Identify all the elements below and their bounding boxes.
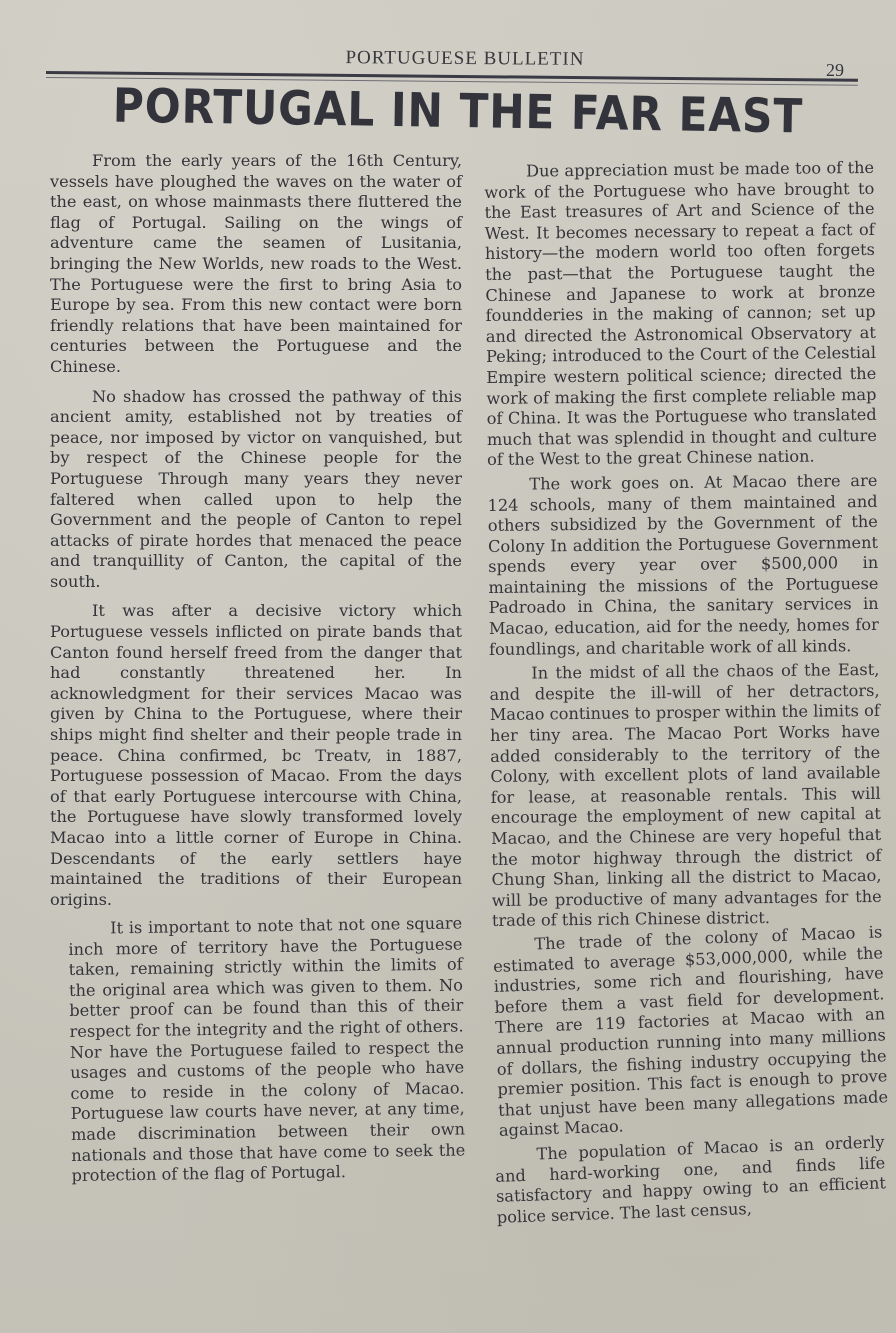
left-column: From the early years of the 16th Century… <box>50 151 462 1196</box>
paragraph: Due appreciation must be made too of the… <box>484 158 877 471</box>
paragraph: It is important to note that not one squ… <box>68 914 466 1187</box>
article-title: PORTUGAL IN THE FAR EAST <box>45 78 870 146</box>
magazine-page: PORTUGUESE BULLETIN 29 PORTUGAL IN THE F… <box>0 0 896 1333</box>
running-head: PORTUGUESE BULLETIN <box>0 45 896 73</box>
paragraph: The trade of the colony of Macao is esti… <box>492 922 889 1141</box>
paragraph: From the early years of the 16th Century… <box>50 151 462 378</box>
paragraph: The population of Macao is an orderly an… <box>494 1132 887 1228</box>
paragraph: No shadow has crossed the pathway of thi… <box>50 387 462 593</box>
paragraph: It was after a decisive victory which Po… <box>50 601 462 910</box>
paragraph: The work goes on. At Macao there are 124… <box>487 471 879 660</box>
paragraph: In the midst of all the chaos of the Eas… <box>489 660 882 932</box>
right-column: Due appreciation must be made too of the… <box>484 158 885 1232</box>
